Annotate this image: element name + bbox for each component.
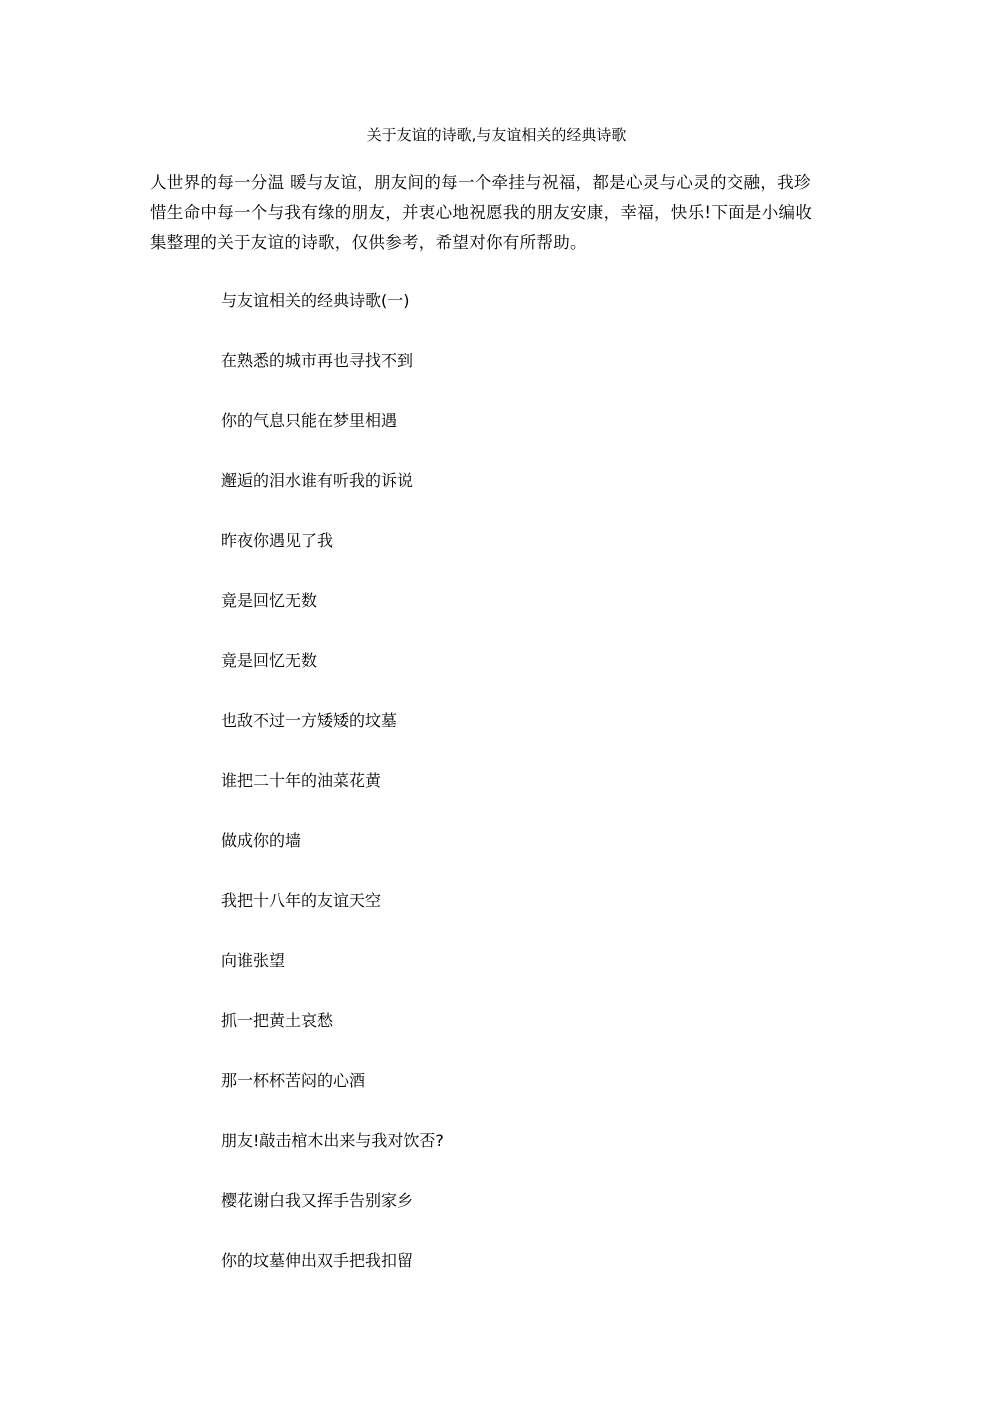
poem-line: 邂逅的泪水谁有听我的诉说 [221,469,444,529]
intro-line: 人世界的每一分温 暖与友谊，朋友间的每一个牵挂与祝福，都是心灵与心灵的交融，我珍 [150,168,855,198]
intro-line: 集整理的关于友谊的诗歌，仅供参考，希望对你有所帮助。 [150,228,855,258]
poem-line: 做成你的墙 [221,829,444,889]
poem-line: 我把十八年的友谊天空 [221,889,444,949]
poem-line: 也敌不过一方矮矮的坟墓 [221,709,444,769]
poem-line: 在熟悉的城市再也寻找不到 [221,349,444,409]
poem-line: 朋友!敲击棺木出来与我对饮否? [221,1129,444,1189]
poem-line: 那一杯杯苦闷的心酒 [221,1069,444,1129]
poem-line: 你的气息只能在梦里相遇 [221,409,444,469]
poem-line: 樱花谢白我又挥手告别家乡 [221,1189,444,1249]
poem: 与友谊相关的经典诗歌(一) 在熟悉的城市再也寻找不到 你的气息只能在梦里相遇 邂… [221,289,444,1309]
poem-line: 向谁张望 [221,949,444,1009]
document-title: 关于友谊的诗歌,与友谊相关的经典诗歌 [0,124,993,146]
poem-line: 竟是回忆无数 [221,589,444,649]
intro-line: 惜生命中每一个与我有缘的朋友，并衷心地祝愿我的朋友安康，幸福，快乐!下面是小编收 [150,198,855,228]
poem-heading: 与友谊相关的经典诗歌(一) [221,289,444,349]
poem-line: 抓一把黄土哀愁 [221,1009,444,1069]
poem-line: 昨夜你遇见了我 [221,529,444,589]
poem-line: 谁把二十年的油菜花黄 [221,769,444,829]
intro-paragraph: 人世界的每一分温 暖与友谊，朋友间的每一个牵挂与祝福，都是心灵与心灵的交融，我珍… [150,168,855,258]
poem-line: 竟是回忆无数 [221,649,444,709]
poem-line: 你的坟墓伸出双手把我扣留 [221,1249,444,1309]
